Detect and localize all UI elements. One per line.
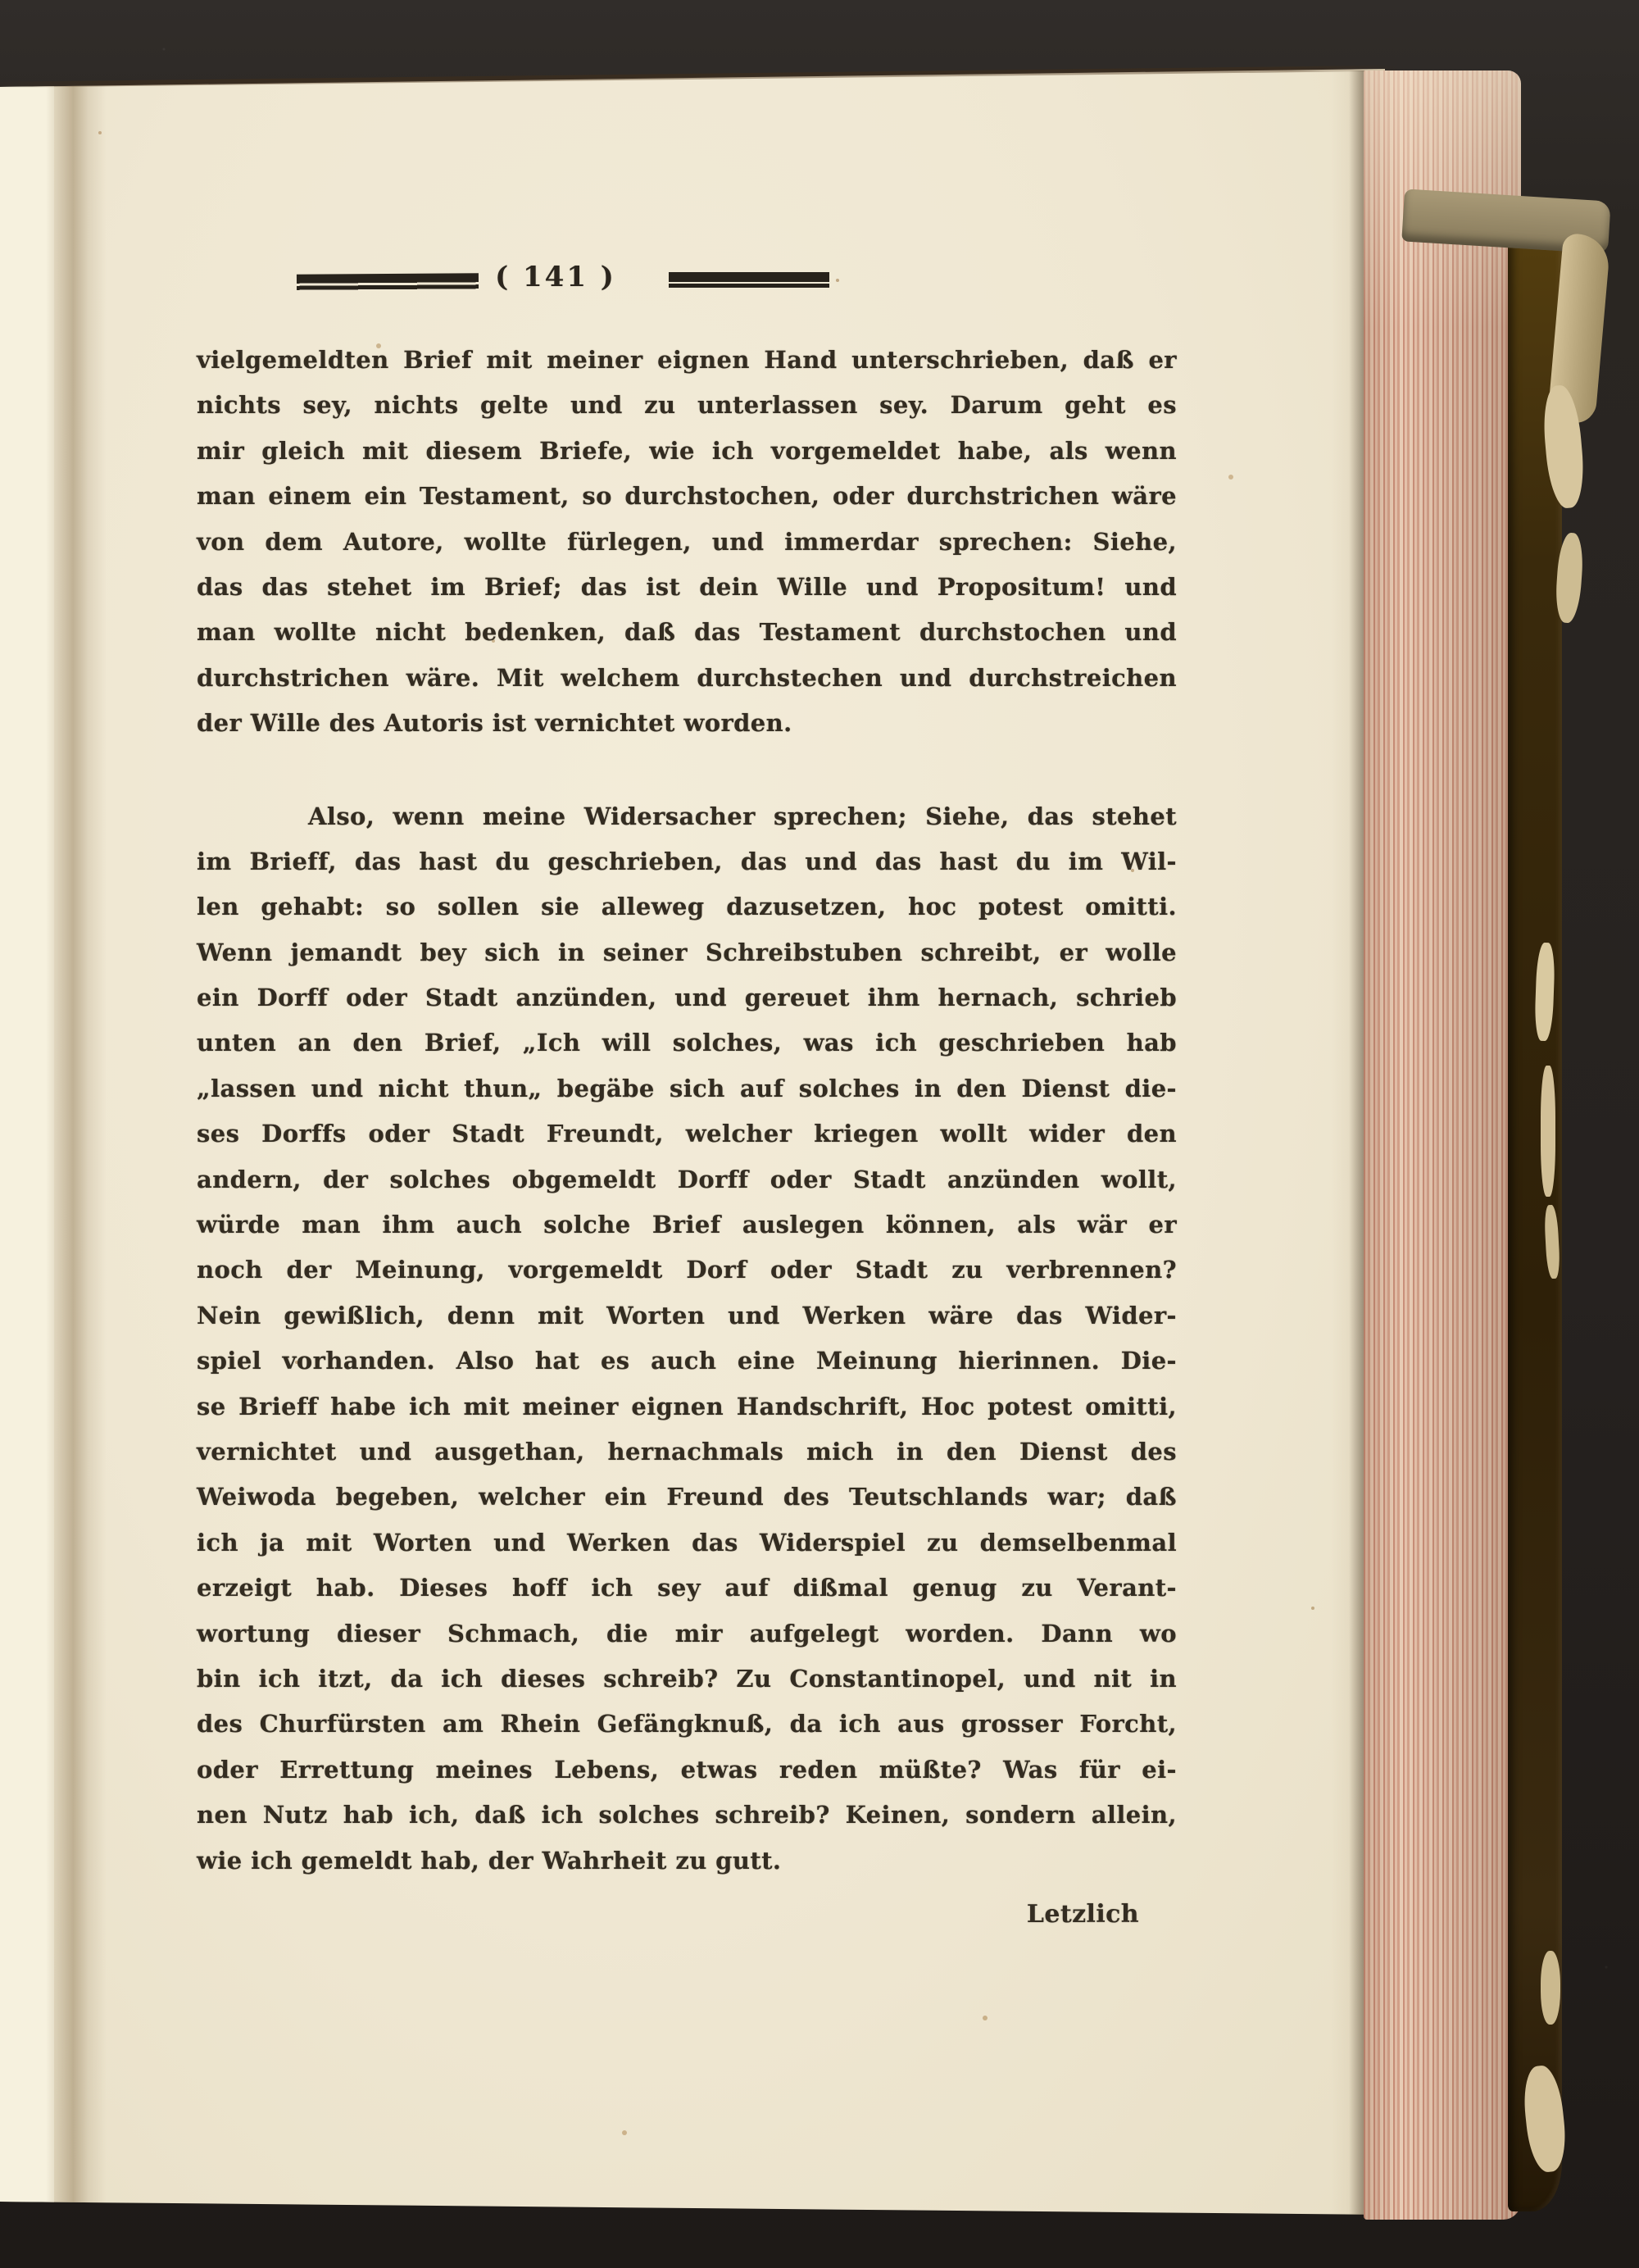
text-line: andern, der solches obgemeldt Dorff oder… [197, 1157, 1177, 1202]
gutter-crease [46, 0, 107, 2223]
text-line: das das stehet im Brief; das ist dein Wi… [197, 565, 1177, 610]
torn-paper-bit [1541, 1951, 1560, 2025]
paragraph: vielgemeldten Brief mit meiner eignen Ha… [197, 338, 1177, 747]
header-rule-left [297, 273, 479, 292]
text-line: noch der Meinung, vorgemeldt Dorf oder S… [197, 1248, 1177, 1293]
text-line: Weiwoda begeben, welcher ein Freund des … [197, 1475, 1177, 1520]
text-line: bin ich itzt, da ich dieses schreib? Zu … [197, 1657, 1177, 1702]
text-line: Nein gewißlich, denn mit Worten und Werk… [197, 1293, 1177, 1339]
text-line: ses Dorffs oder Stadt Freundt, welcher k… [197, 1111, 1177, 1157]
text-line: vielgemeldten Brief mit meiner eignen Ha… [197, 338, 1177, 383]
text-line: oder Errettung meines Lebens, etwas rede… [197, 1748, 1177, 1793]
text-line: „lassen und nicht thun„ begäbe sich auf … [197, 1066, 1177, 1111]
text-line: man einem ein Testament, so durchstochen… [197, 474, 1177, 519]
text-line: ein Dorff oder Stadt anzünden, und gereu… [197, 975, 1177, 1020]
paragraph: Also, wenn meine Widersacher sprechen; S… [197, 794, 1177, 1884]
catchword: Letzlich [197, 1900, 1139, 1929]
text-line: se Brieff habe ich mit meiner eignen Han… [197, 1384, 1177, 1429]
text-line: len gehabt: so sollen sie alleweg dazuse… [197, 884, 1177, 929]
text-line: des Churfürsten am Rhein Gefängknuß, da … [197, 1702, 1177, 1747]
text-line: nichts sey, nichts gelte und zu unterlas… [197, 383, 1177, 428]
header-rule-right [669, 272, 829, 289]
text-line: würde man ihm auch solche Brief auslegen… [197, 1202, 1177, 1248]
text-line: durchstrichen wäre. Mit welchem durchste… [197, 656, 1177, 701]
scanned-book-photo: { "page": { "header": { "page_number": "… [0, 0, 1639, 2268]
text-line: von dem Autore, wollte fürlegen, und imm… [197, 520, 1177, 565]
text-line: unten an den Brief, „Ich will solches, w… [197, 1020, 1177, 1066]
text-line: im Brieff, das hast du geschrieben, das … [197, 839, 1177, 884]
text-line: wortung dieser Schmach, die mir aufgeleg… [197, 1611, 1177, 1657]
text-line: Also, wenn meine Widersacher sprechen; S… [197, 794, 1177, 839]
text-line: der Wille des Autoris ist vernichtet wor… [197, 701, 1177, 746]
fore-edge-pages [1364, 70, 1521, 2220]
text-line: vernichtet und ausgethan, hernachmals mi… [197, 1429, 1177, 1475]
text-line: spiel vorhanden. Also hat es auch eine M… [197, 1339, 1177, 1384]
text-line: nen Nutz hab ich, daß ich solches schrei… [197, 1793, 1177, 1838]
spine-leather [1508, 202, 1562, 2211]
paper-speckles [98, 131, 102, 134]
text-line: man wollte nicht bedenken, daß das Testa… [197, 610, 1177, 655]
torn-paper-bit [1541, 1066, 1555, 1197]
text-line: ich ja mit Worten und Werken das Widersp… [197, 1520, 1177, 1566]
text-line: Wenn jemandt bey sich in seiner Schreibs… [197, 930, 1177, 975]
text-line: mir gleich mit diesem Briefe, wie ich vo… [197, 429, 1177, 474]
book-page: ( 141 ) vielgemeldten Brief mit meiner e… [0, 0, 1388, 2223]
text-block: vielgemeldten Brief mit meiner eignen Ha… [197, 338, 1177, 1884]
page-number: ( 141 ) [456, 261, 656, 293]
text-line: erzeigt hab. Dieses hoff ich sey auf diß… [197, 1566, 1177, 1611]
text-line: wie ich gemeldt hab, der Wahrheit zu gut… [197, 1838, 1177, 1884]
